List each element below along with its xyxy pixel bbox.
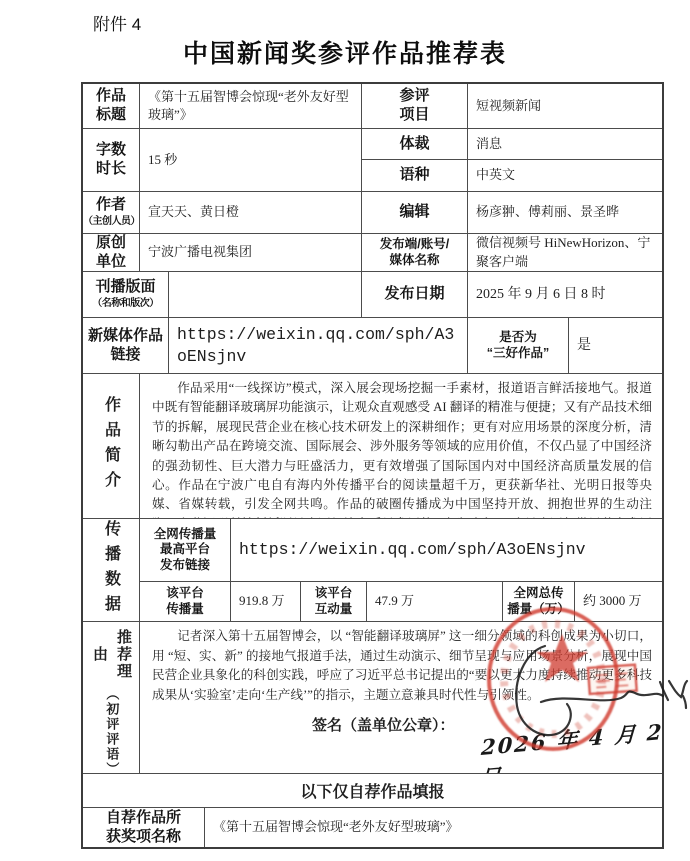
author-label: 作者 （主创人员） (83, 192, 140, 234)
row-recommendation: 推荐理由 （初评评语） 记者深入第十五届智博会，以 “智能翻译玻璃屏” 这一细分… (83, 622, 662, 774)
recommendation-label: 推荐理由 （初评评语） (83, 622, 140, 774)
work-title-label: 作品 标题 (83, 84, 140, 129)
publication-page-sublabel: （名称和版次） (92, 298, 159, 311)
publication-page-label: 刊播版面 （名称和版次） (83, 272, 169, 318)
top-platform-link-label: 全网传播量 最高平台 发布链接 (140, 519, 231, 582)
platform-spread-value: 919.8 万 (231, 582, 301, 622)
publish-date-label: 发布日期 (362, 272, 468, 318)
new-media-link-value: https://weixin.qq.com/sph/A3oENsjnv (169, 318, 468, 374)
row-media-link: 新媒体作品 链接 https://weixin.qq.com/sph/A3oEN… (83, 318, 662, 374)
original-unit-label: 原创 单位 (83, 234, 140, 272)
summary-label: 作品简介 (83, 374, 140, 519)
author-value: 宣天天、黄日橙 (140, 192, 362, 234)
total-spread-label: 全网总传 播量（万） (503, 582, 575, 622)
language-label: 语种 (362, 160, 468, 192)
word-count-value: 15 秒 (140, 129, 362, 192)
new-media-link-label: 新媒体作品 链接 (83, 318, 169, 374)
page-title: 中国新闻奖参评作品推荐表 (0, 34, 690, 70)
top-platform-link-value: https://weixin.qq.com/sph/A3oENsjnv (231, 519, 662, 582)
recommendation-text: 记者深入第十五届智博会，以 “智能翻译玻璃屏” 这一细分领域的科创成果为小切口，… (140, 622, 662, 705)
platform-interact-value: 47.9 万 (367, 582, 503, 622)
author-sublabel: （主创人员） (83, 216, 139, 229)
three-good-value: 是 (569, 318, 662, 374)
editor-label: 编辑 (362, 192, 468, 234)
platform-spread-label: 该平台 传播量 (140, 582, 231, 622)
scanned-form-page: { "page": { "attachment_label": "附件 4", … (0, 0, 690, 861)
entry-category-value: 短视频新闻 (468, 84, 662, 129)
row-award-name: 自荐作品所 获奖项名称 《第十五届智博会惊现“老外友好型玻璃”》 (83, 808, 662, 847)
row-duration-genre: 字数 时长 15 秒 体裁 消息 语种 中英文 (83, 129, 662, 192)
genre-label: 体裁 (362, 129, 468, 160)
self-recommend-header: 以下仅自荐作品填报 (83, 774, 662, 808)
three-good-label: 是否为 “三好作品” (468, 318, 569, 374)
editor-value: 杨彦翀、傅莉丽、景圣晔 (468, 192, 662, 234)
genre-value: 消息 (468, 129, 662, 160)
original-unit-value: 宁波广播电视集团 (140, 234, 362, 272)
award-name-label: 自荐作品所 获奖项名称 (83, 808, 205, 847)
entry-category-label: 参评 项目 (362, 84, 468, 129)
row-unit-platform: 原创 单位 宁波广播电视集团 发布端/账号/ 媒体名称 微信视频号 HiNewH… (83, 234, 662, 272)
row-work-title: 作品 标题 《第十五届智博会惊现“老外友好型玻璃”》 参评 项目 短视频新闻 (83, 84, 662, 129)
publish-platform-value: 微信视频号 HiNewHorizon、宁聚客户端 (468, 234, 662, 272)
spread-label: 传播数据 (83, 519, 140, 622)
row-self-recommend-header: 以下仅自荐作品填报 (83, 774, 662, 808)
publish-date-value: 2025 年 9 月 6 日 8 时 (468, 272, 662, 318)
publication-page-value (169, 272, 362, 318)
row-page-date: 刊播版面 （名称和版次） 发布日期 2025 年 9 月 6 日 8 时 (83, 272, 662, 318)
row-spread-data: 传播数据 全网传播量 最高平台 发布链接 https://weixin.qq.c… (83, 519, 662, 622)
platform-interact-label: 该平台 互动量 (301, 582, 367, 622)
total-spread-value: 约 3000 万 (575, 582, 662, 622)
recommendation-form-table: 作品 标题 《第十五届智博会惊现“老外友好型玻璃”》 参评 项目 短视频新闻 字… (81, 82, 664, 849)
word-count-label: 字数 时长 (83, 129, 140, 192)
work-title-value: 《第十五届智博会惊现“老外友好型玻璃”》 (140, 84, 362, 129)
row-summary: 作品简介 作品采用“一线探访”模式，深入展会现场挖掘一手素材，报道语言鲜活接地气… (83, 374, 662, 519)
attachment-label: 附件 4 (93, 10, 141, 35)
row-author-editor: 作者 （主创人员） 宣天天、黄日橙 编辑 杨彦翀、傅莉丽、景圣晔 (83, 192, 662, 234)
recommendation-content: 记者深入第十五届智博会，以 “智能翻译玻璃屏” 这一细分领域的科创成果为小切口，… (140, 622, 662, 774)
award-name-value: 《第十五届智博会惊现“老外友好型玻璃”》 (205, 808, 662, 847)
language-value: 中英文 (468, 160, 662, 192)
summary-text: 作品采用“一线探访”模式，深入展会现场挖掘一手素材，报道语言鲜活接地气。报道中既… (140, 374, 662, 519)
publish-platform-label: 发布端/账号/ 媒体名称 (362, 234, 468, 272)
